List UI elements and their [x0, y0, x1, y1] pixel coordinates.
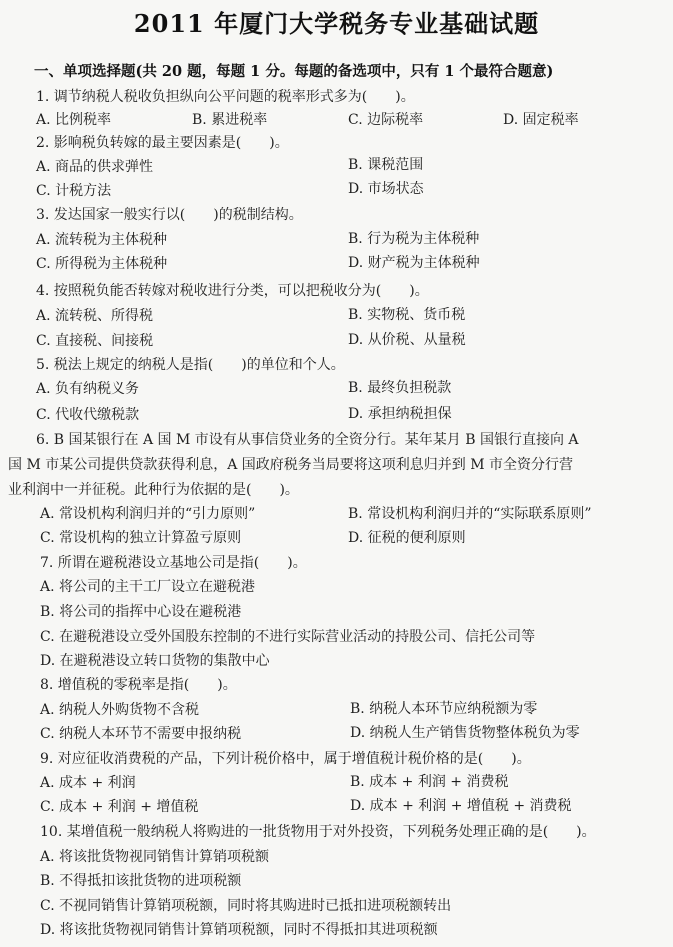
question-4-option-a: A. 流转税、所得税 [36, 305, 153, 325]
question-7-option-c: C. 在避税港设立受外国股东控制的不进行实际营业活动的持股公司、信托公司等 [40, 626, 535, 646]
question-10-option-b: B. 不得抵扣该批货物的进项税额 [40, 870, 241, 890]
question-6-option-a: A. 常设机构利润归并的“引力原则” [40, 503, 255, 523]
question-4-stem: 4. 按照税负能否转嫁对税收进行分类，可以把税收分为( )。 [36, 280, 429, 300]
question-2-option-a: A. 商品的供求弹性 [36, 156, 153, 176]
question-10-option-d: D. 将该批货物视同销售计算销项税额，同时不得抵扣其进项税额 [40, 919, 438, 939]
question-8-option-a: A. 纳税人外购货物不含税 [40, 699, 199, 719]
question-7-option-a: A. 将公司的主干工厂设立在避税港 [40, 576, 255, 596]
question-1-option-a: A. 比例税率 [36, 109, 111, 129]
page-title: 2011 年厦门大学税务专业基础试题 [0, 4, 673, 39]
question-2-option-c: C. 计税方法 [36, 180, 111, 200]
question-3-option-b: B. 行为税为主体税种 [348, 228, 479, 248]
question-1-option-d: D. 固定税率 [503, 109, 579, 129]
exam-page: 2011 年厦门大学税务专业基础试题 一、单项选择题(共 20 题，每题 1 分… [0, 0, 673, 947]
question-5-option-b: B. 最终负担税款 [348, 377, 451, 397]
question-6-option-d: D. 征税的便利原则 [348, 527, 466, 547]
question-5-option-d: D. 承担纳税担保 [348, 403, 452, 423]
question-10-stem: 10. 某增值税一般纳税人将购进的一批货物用于对外投资，下列税务处理正确的是( … [40, 821, 596, 841]
question-5-option-a: A. 负有纳税义务 [36, 378, 139, 398]
question-9-option-a: A. 成本 + 利润 [40, 772, 136, 792]
question-7-stem: 7. 所谓在避税港设立基地公司是指( )。 [40, 552, 307, 572]
question-1-option-b: B. 累进税率 [192, 109, 267, 129]
question-5-stem: 5. 税法上规定的纳税人是指( )的单位和个人。 [36, 354, 345, 374]
question-1-option-c: C. 边际税率 [348, 109, 423, 129]
question-9-option-c: C. 成本 + 利润 + 增值税 [40, 796, 198, 816]
section-heading: 一、单项选择题(共 20 题，每题 1 分。每题的备选项中，只有 1 个最符合题… [34, 60, 553, 81]
question-3-option-d: D. 财产税为主体税种 [348, 252, 480, 272]
question-3-stem: 3. 发达国家一般实行以( )的税制结构。 [36, 204, 303, 224]
question-6-option-c: C. 常设机构的独立计算盈亏原则 [40, 527, 241, 547]
question-7-option-b: B. 将公司的指挥中心设在避税港 [40, 601, 241, 621]
question-8-option-d: D. 纳税人生产销售货物整体税负为零 [350, 722, 580, 742]
question-10-option-c: C. 不视同销售计算销项税额，同时将其购进时已抵扣进项税额转出 [40, 895, 451, 915]
question-8-option-c: C. 纳税人本环节不需要申报纳税 [40, 723, 241, 743]
question-9-option-b: B. 成本 + 利润 + 消费税 [350, 771, 508, 791]
question-9-stem: 9. 对应征收消费税的产品，下列计税价格中，属于增值税计税价格的是( )。 [40, 748, 531, 768]
question-7-option-d: D. 在避税港设立转口货物的集散中心 [40, 650, 270, 670]
question-6-stem-line-2: 国 M 市某公司提供贷款获得利息，A 国政府税务当局要将这项利息归并到 M 市全… [8, 454, 573, 474]
question-2-option-d: D. 市场状态 [348, 178, 424, 198]
question-6-stem-line-3: 业利润中一并征税。此种行为依据的是( )。 [8, 479, 299, 499]
question-6-stem-line-1: 6. B 国某银行在 A 国 M 市设有从事信贷业务的全资分行。某年某月 B 国… [36, 429, 579, 449]
question-6-option-b: B. 常设机构利润归并的“实际联系原则” [348, 503, 592, 523]
question-4-option-b: B. 实物税、货币税 [348, 304, 465, 324]
question-5-option-c: C. 代收代缴税款 [36, 404, 139, 424]
question-4-option-c: C. 直接税、间接税 [36, 330, 153, 350]
question-8-stem: 8. 增值税的零税率是指( )。 [40, 674, 237, 694]
question-3-option-c: C. 所得税为主体税种 [36, 253, 167, 273]
question-10-option-a: A. 将该批货物视同销售计算销项税额 [40, 846, 269, 866]
question-8-option-b: B. 纳税人本环节应纳税额为零 [350, 698, 537, 718]
question-2-stem: 2. 影响税负转嫁的最主要因素是( )。 [36, 132, 289, 152]
question-1-stem: 1. 调节纳税人税收负担纵向公平问题的税率形式多为( )。 [36, 86, 415, 106]
question-4-option-d: D. 从价税、从量税 [348, 329, 466, 349]
question-9-option-d: D. 成本 + 利润 + 增值税 + 消费税 [350, 795, 572, 815]
question-3-option-a: A. 流转税为主体税种 [36, 229, 167, 249]
question-2-option-b: B. 课税范围 [348, 154, 423, 174]
